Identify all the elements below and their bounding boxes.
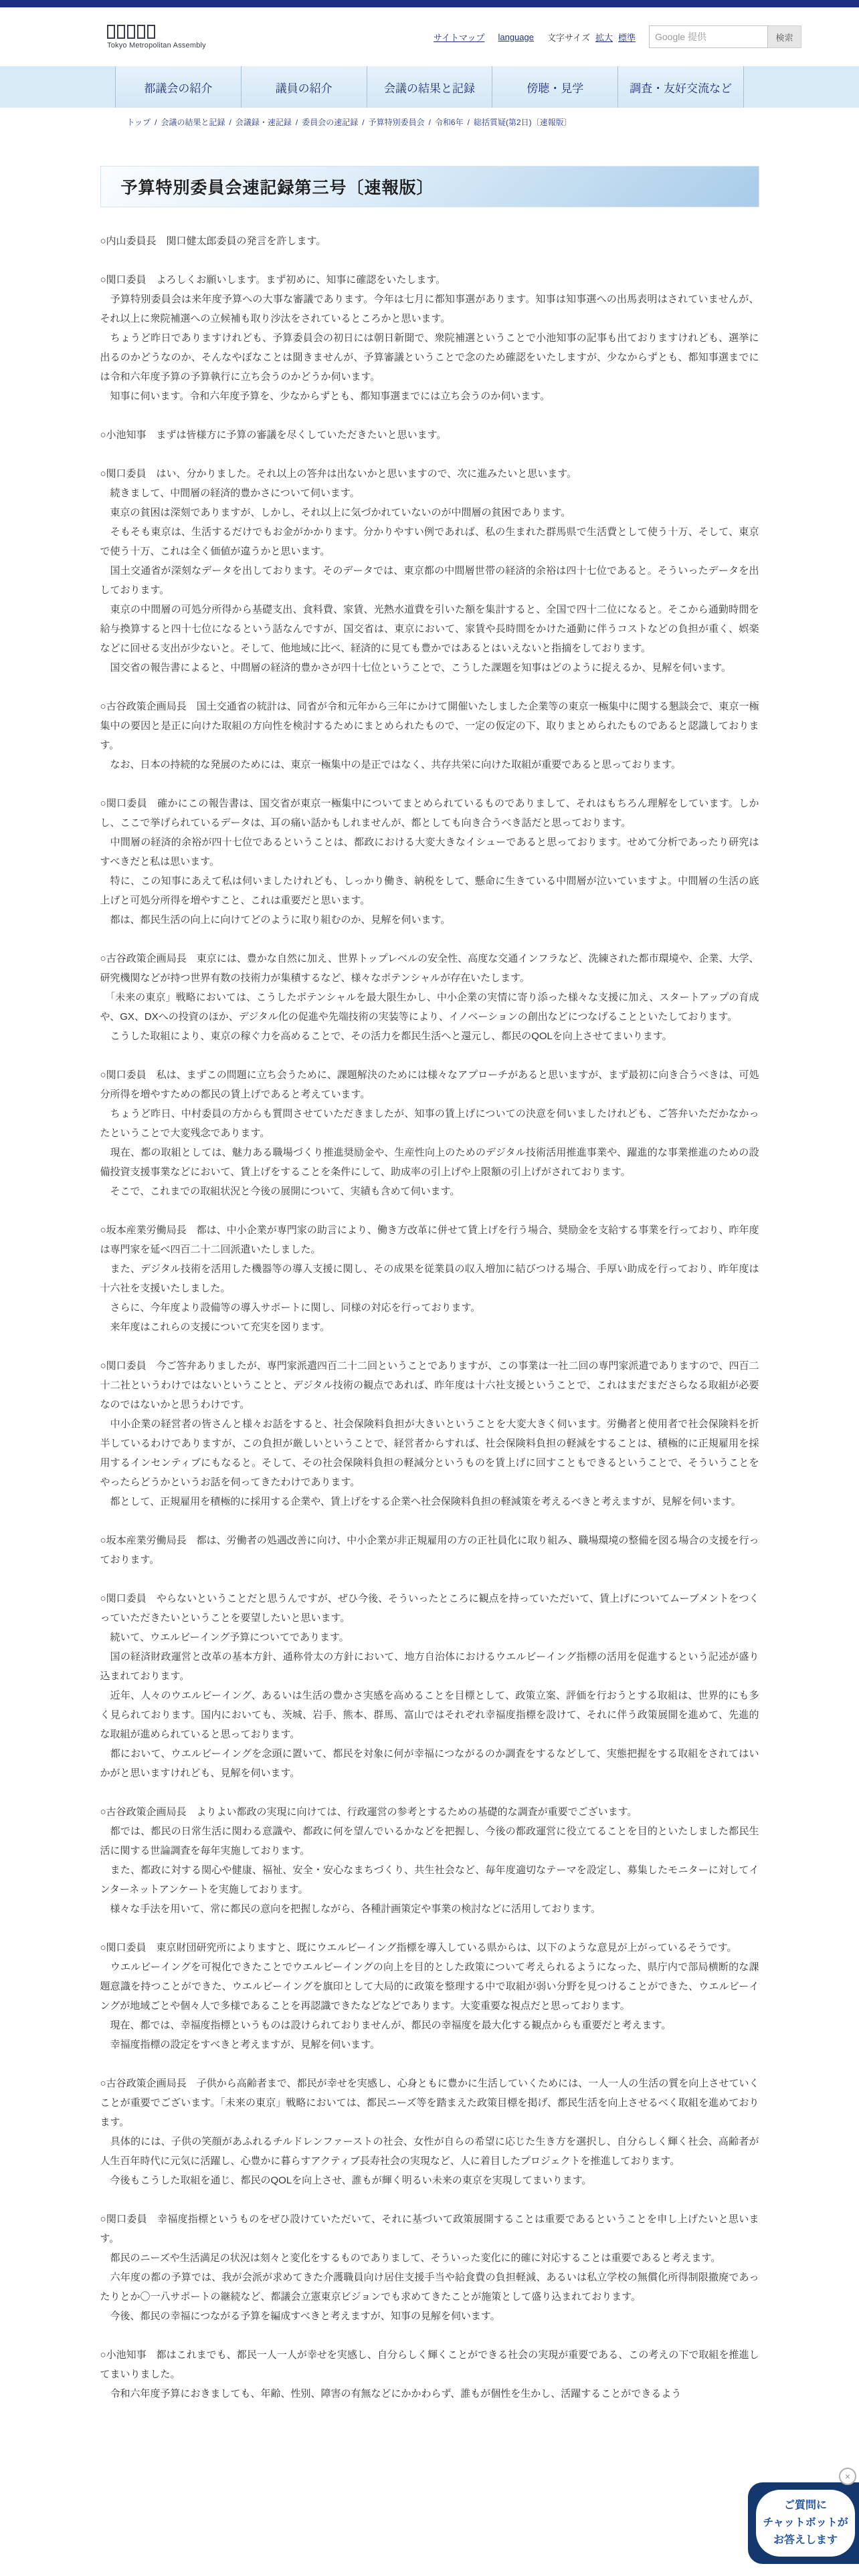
transcript-paragraph: ちょうど昨日、中村委員の方からも質問させていただきましたが、知事の賃上げについて… — [100, 1104, 759, 1143]
speech-block: ○内山委員長 関口健太郎委員の発言を許します。 — [100, 231, 759, 251]
transcript-paragraph: ○古谷政策企画局長 よりよい都政の実現に向けては、行政運営の参考とするための基礎… — [100, 1802, 759, 1822]
site-header: Tokyo Metropolitan Assembly サイトマップ langu… — [0, 7, 859, 66]
transcript-paragraph: ○関口委員 私は、まずこの問題に立ち会うために、課題解決のためには様々なアプロー… — [100, 1065, 759, 1104]
sitemap-link[interactable]: サイトマップ — [434, 31, 485, 43]
transcript-paragraph: 東京の貧困は深刻でありますが、しかし、それ以上に気づかれていないのが中間層の貧困… — [100, 503, 759, 522]
breadcrumb-item-3[interactable]: 委員会の速記録 — [302, 118, 358, 127]
chatbot-line: ご質問に — [784, 2497, 827, 2514]
speech-block: ○古谷政策企画局長 よりよい都政の実現に向けては、行政運営の参考とするための基礎… — [100, 1802, 759, 1919]
transcript-paragraph: ○坂本産業労働局長 都は、労働者の処遇改善に向け、中小企業が非正規雇用の方の正社… — [100, 1531, 759, 1570]
transcript-paragraph: ○関口委員 はい、分かりました。それ以上の答弁は出ないかと思いますので、次に進み… — [100, 464, 759, 484]
transcript-paragraph: なお、日本の持続的な発展のためには、東京一極集中の是正ではなく、共存共栄に向けた… — [100, 755, 759, 774]
global-nav: 都議会の紹介議員の紹介会議の結果と記録傍聴・見学調査・友好交流など — [0, 66, 859, 108]
transcript-body: ○内山委員長 関口健太郎委員の発言を許します。○関口委員 よろしくお願いします。… — [100, 231, 759, 2403]
breadcrumb-item-5[interactable]: 令和6年 — [435, 118, 464, 127]
speech-block: ○古谷政策企画局長 国土交通省の統計は、同省が令和元年から三年にかけて開催いたし… — [100, 697, 759, 774]
logo-tofu-glyph — [147, 25, 155, 39]
nav-item-4[interactable]: 調査・友好交流など — [617, 66, 744, 108]
transcript-paragraph: 都は、都民生活の向上に向けてどのように取り組むのか、見解を伺います。 — [100, 910, 759, 930]
site-logo-subtitle: Tokyo Metropolitan Assembly — [107, 41, 206, 49]
speech-block: ○古谷政策企画局長 東京には、豊かな自然に加え、世界トップレベルの安全性、高度な… — [100, 949, 759, 1046]
logo-tofu-glyph — [117, 25, 125, 39]
transcript-paragraph: ○関口委員 幸福度指標というものをぜひ設けていただいて、それに基づいて政策展開す… — [100, 2210, 759, 2248]
transcript-paragraph: また、デジタル技術を活用した機器等の導入支援に関し、その成果を従業員の収入増加に… — [100, 1259, 759, 1298]
chatbot-message[interactable]: ご質問に チャットボットが お答えします — [756, 2490, 855, 2557]
nav-item-1[interactable]: 議員の紹介 — [241, 66, 367, 108]
speech-block: ○関口委員 幸福度指標というものをぜひ設けていただいて、それに基づいて政策展開す… — [100, 2210, 759, 2326]
transcript-paragraph: 現在、都では、幸福度指標というものは設けられておりませんが、都民の幸福度を最大化… — [100, 2016, 759, 2035]
transcript-paragraph: 都として、正規雇用を積極的に採用する企業や、賃上げをする企業へ社会保険料負担の軽… — [100, 1492, 759, 1511]
transcript-paragraph: ちょうど昨日でありますけれども、予算委員会の初日には朝日新聞で、衆院補選というこ… — [100, 328, 759, 387]
breadcrumb-separator: / — [429, 118, 431, 127]
transcript-paragraph: 現在、都の取組としては、魅力ある職場づくり推進奨励金や、生産性向上のためのデジタ… — [100, 1143, 759, 1182]
speech-block: ○関口委員 私は、まずこの問題に立ち会うために、課題解決のためには様々なアプロー… — [100, 1065, 759, 1201]
transcript-paragraph: ○古谷政策企画局長 東京には、豊かな自然に加え、世界トップレベルの安全性、高度な… — [100, 949, 759, 988]
chatbot-widget[interactable]: ご質問に チャットボットが お答えします — [748, 2482, 859, 2564]
global-nav-items: 都議会の紹介議員の紹介会議の結果と記録傍聴・見学調査・友好交流など — [115, 66, 744, 108]
chatbot-close-icon[interactable]: × — [839, 2468, 856, 2485]
transcript-paragraph: そもそも東京は、生活するだけでもお金がかかります。分かりやすい例であれば、私の生… — [100, 522, 759, 561]
transcript-paragraph: 東京の中間層の可処分所得から基礎支出、食料費、家賃、光熱水道費を引いた額を集計す… — [100, 600, 759, 658]
transcript-paragraph: 国の経済財政運営と改革の基本方針、通称骨太の方針において、地方自治体におけるウエ… — [100, 1647, 759, 1686]
breadcrumb-separator: / — [296, 118, 298, 127]
transcript-paragraph: こうした取組により、東京の稼ぐ力を高めることで、その活力を都民生活へと還元し、都… — [100, 1027, 759, 1046]
transcript-paragraph: 様々な手法を用いて、常に都民の意向を把握しながら、各種計画策定や事業の検討などに… — [100, 1899, 759, 1919]
breadcrumb: トップ/会議の結果と記録/会議録・速記録/委員会の速記録/予算特別委員会/令和6… — [100, 116, 759, 128]
transcript-paragraph: 都において、ウエルビーイングを念頭に置いて、都民を対象に何が幸福につながるのか調… — [100, 1744, 759, 1783]
breadcrumb-separator: / — [155, 118, 157, 127]
speech-block: ○小池知事 都はこれまでも、都民一人一人が幸せを実感し、自分らしく輝くことができ… — [100, 2345, 759, 2403]
transcript-paragraph: 令和六年度予算におきましても、年齢、性別、障害の有無などにかかわらず、誰もが個性… — [100, 2384, 759, 2403]
page-title: 予算特別委員会速記録第三号〔速報版〕 — [100, 166, 759, 207]
transcript-paragraph: ○小池知事 都はこれまでも、都民一人一人が幸せを実感し、自分らしく輝くことができ… — [100, 2345, 759, 2384]
transcript-paragraph: 都では、都民の日常生活に関わる意識や、都政に何を望んでいるかなどを把握し、今後の… — [100, 1822, 759, 1860]
transcript-paragraph: ウエルビーイングを可視化できたことでウエルビーイングの向上を目的とした政策につい… — [100, 1957, 759, 2016]
logo-tofu-glyph — [137, 25, 145, 39]
font-size-standard-link[interactable]: 標準 — [618, 31, 636, 43]
transcript-paragraph: さらに、今年度より設備等の導入サポートに関し、同様の対応を行っております。 — [100, 1298, 759, 1317]
site-logo-glyphs — [107, 25, 206, 39]
nav-item-3[interactable]: 傍聴・見学 — [492, 66, 617, 108]
transcript-paragraph: 続いて、ウエルビーイング予算についてであります。 — [100, 1628, 759, 1647]
transcript-paragraph: ○関口委員 東京財団研究所によりますと、既にウエルビーイング指標を導入している県… — [100, 1938, 759, 1957]
transcript-paragraph: ○関口委員 今ご答弁ありましたが、専門家派遣四百二十二回ということでありますが、… — [100, 1356, 759, 1414]
transcript-paragraph: 今後もこうした取組を通じ、都民のQOLを向上させ、誰もが輝く明るい未来の東京を実… — [100, 2171, 759, 2190]
transcript-paragraph: 中間層の経済的余裕が四十七位であるということは、都政における大変大きなイシューで… — [100, 833, 759, 871]
breadcrumb-separator: / — [362, 118, 364, 127]
chatbot-line: チャットボットが — [763, 2514, 848, 2532]
transcript-paragraph: 近年、人々のウエルビーイング、あるいは生活の豊かさ実感を高めることを目標として、… — [100, 1686, 759, 1744]
transcript-paragraph: 続きまして、中間層の経済的豊かさについて伺います。 — [100, 484, 759, 503]
transcript-paragraph: ○小池知事 まずは皆様方に予算の審議を尽くしていただきたいと思います。 — [100, 425, 759, 445]
chatbot-line: お答えします — [773, 2532, 838, 2549]
transcript-paragraph: 幸福度指標の設定をすべきと考えますが、見解を伺います。 — [100, 2035, 759, 2054]
transcript-paragraph: ○坂本産業労働局長 都は、中小企業が専門家の助言により、働き方改革に併せて賃上げ… — [100, 1220, 759, 1259]
nav-item-0[interactable]: 都議会の紹介 — [115, 66, 241, 108]
speech-block: ○古谷政策企画局長 子供から高齢者まで、都民が幸せを実感し、心身ともに豊かに生活… — [100, 2074, 759, 2190]
transcript-paragraph: 来年度はこれらの支援について充実を図ります。 — [100, 1317, 759, 1337]
transcript-paragraph: 「未来の東京」戦略においては、こうしたポテンシャルを最大限生かし、中小企業の実情… — [100, 988, 759, 1027]
transcript-paragraph: ○古谷政策企画局長 子供から高齢者まで、都民が幸せを実感し、心身ともに豊かに生活… — [100, 2074, 759, 2132]
site-search: 検索 — [649, 25, 801, 48]
breadcrumb-item-0[interactable]: トップ — [127, 118, 151, 127]
top-accent-bar — [0, 0, 859, 7]
transcript-paragraph: ○関口委員 確かにこの報告書は、国交省が東京一極集中についてまとめられているもの… — [100, 794, 759, 833]
font-size-enlarge-link[interactable]: 拡大 — [595, 31, 613, 43]
font-size-control: 文字サイズ 拡大 標準 — [547, 31, 636, 43]
search-input[interactable] — [649, 25, 768, 48]
speech-block: ○坂本産業労働局長 都は、中小企業が専門家の助言により、働き方改革に併せて賃上げ… — [100, 1220, 759, 1337]
transcript-paragraph: 六年度の都の予算では、我が会派が求めてきた介護職員向け居住支援手当や給食費の負担… — [100, 2268, 759, 2306]
transcript-paragraph: 今後、都民の幸福につながる予算を編成すべきと考えますが、知事の見解を伺います。 — [100, 2306, 759, 2326]
transcript-paragraph: 知事に伺います。令和六年度予算を、少なからずとも、都知事選までには立ち会うのか伺… — [100, 387, 759, 406]
speech-block: ○関口委員 よろしくお願いします。まず初めに、知事に確認をいたします。 予算特別… — [100, 270, 759, 406]
breadcrumb-item-4[interactable]: 予算特別委員会 — [369, 118, 425, 127]
transcript-paragraph: ○古谷政策企画局長 国土交通省の統計は、同省が令和元年から三年にかけて開催いたし… — [100, 697, 759, 755]
breadcrumb-separator: / — [468, 118, 470, 127]
speech-block: ○関口委員 今ご答弁ありましたが、専門家派遣四百二十二回ということでありますが、… — [100, 1356, 759, 1511]
transcript-paragraph: そこで、これまでの取組状況と今後の展開について、実績も含めて伺います。 — [100, 1182, 759, 1201]
transcript-paragraph: また、都政に対する関心や健康、福祉、安全・安心なまちづくり、共生社会など、毎年度… — [100, 1860, 759, 1899]
site-logo[interactable]: Tokyo Metropolitan Assembly — [107, 25, 206, 49]
speech-block: ○小池知事 まずは皆様方に予算の審議を尽くしていただきたいと思います。 — [100, 425, 759, 445]
transcript-paragraph: 国交省の報告書によると、中間層の経済的豊かさが四十七位ということで、こうした課題… — [100, 658, 759, 677]
speech-block: ○関口委員 はい、分かりました。それ以上の答弁は出ないかと思いますので、次に進み… — [100, 464, 759, 677]
font-size-label: 文字サイズ — [547, 31, 590, 43]
speech-block: ○坂本産業労働局長 都は、労働者の処遇改善に向け、中小企業が非正規雇用の方の正社… — [100, 1531, 759, 1570]
transcript-paragraph: 国土交通省が深刻なデータを出しております。そのデータでは、東京都の中間層世帯の経… — [100, 561, 759, 600]
page: { "header": { "logo_boxes": ["□","□","□"… — [0, 0, 859, 2576]
breadcrumb-separator: / — [229, 118, 231, 127]
transcript-paragraph: 都民のニーズや生活満足の状況は刻々と変化をするものでありまして、そういった変化に… — [100, 2248, 759, 2268]
transcript-paragraph: 具体的には、子供の笑顔があふれるチルドレンファーストの社会、女性が自らの希望に応… — [100, 2132, 759, 2171]
speech-block: ○関口委員 やらないということだと思うんですが、ぜひ今後、そういったところに観点… — [100, 1589, 759, 1783]
logo-tofu-glyph — [107, 25, 115, 39]
transcript-paragraph: ○内山委員長 関口健太郎委員の発言を許します。 — [100, 231, 759, 251]
transcript-paragraph: 中小企業の経営者の皆さんと様々お話をすると、社会保険料負担が大きいということを大… — [100, 1414, 759, 1492]
transcript-paragraph: 予算特別委員会は来年度予算への大事な審議であります。今年は七月に都知事選がありま… — [100, 290, 759, 328]
header-utility-links: サイトマップ language 文字サイズ 拡大 標準 検索 — [434, 25, 801, 48]
speech-block: ○関口委員 確かにこの報告書は、国交省が東京一極集中についてまとめられているもの… — [100, 794, 759, 930]
logo-tofu-glyph — [127, 25, 135, 39]
breadcrumb-item-2[interactable]: 会議録・速記録 — [235, 118, 292, 127]
transcript-paragraph: 特に、この知事にあえて私は伺いましたけれども、しっかり働き、納税をして、懸命に生… — [100, 871, 759, 910]
transcript-paragraph: ○関口委員 やらないということだと思うんですが、ぜひ今後、そういったところに観点… — [100, 1589, 759, 1628]
speech-block: ○関口委員 東京財団研究所によりますと、既にウエルビーイング指標を導入している県… — [100, 1938, 759, 2054]
nav-item-2[interactable]: 会議の結果と記録 — [367, 66, 492, 108]
search-button[interactable]: 検索 — [768, 25, 801, 48]
breadcrumb-item-6: 総括質疑(第2日)〔速報版〕 — [474, 118, 572, 127]
language-link[interactable]: language — [498, 32, 535, 42]
transcript-paragraph: ○関口委員 よろしくお願いします。まず初めに、知事に確認をいたします。 — [100, 270, 759, 290]
breadcrumb-item-1[interactable]: 会議の結果と記録 — [161, 118, 225, 127]
